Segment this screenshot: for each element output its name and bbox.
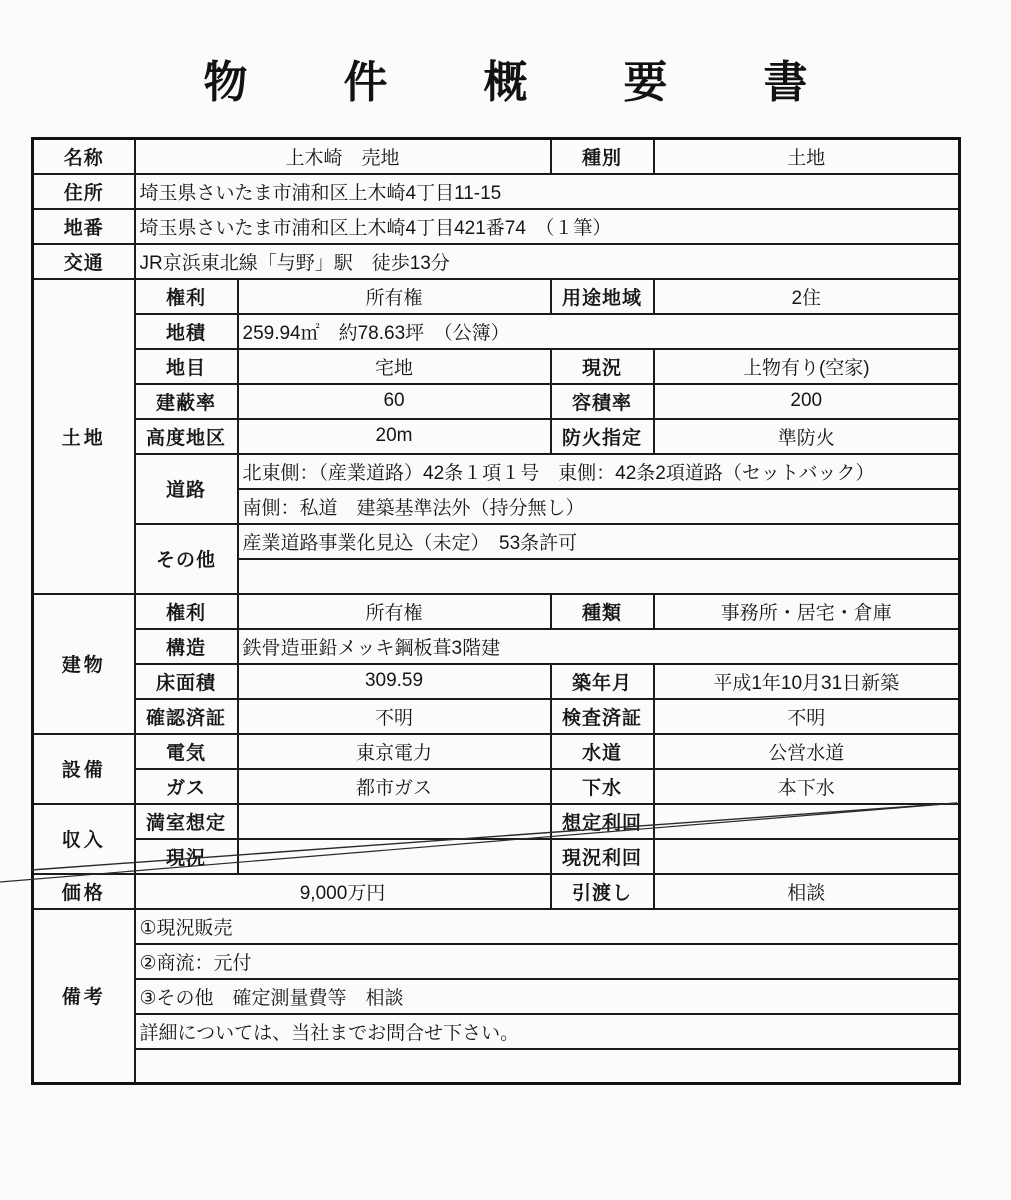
table-row: 建蔽率 60 容積率 200 [33,384,960,419]
address-value: 埼玉県さいたま市浦和区上木崎4丁目11-15 [135,174,960,209]
building-rights-value: 所有権 [238,594,551,629]
building-built-date-value: 平成1年10月31日新築 [654,664,960,699]
remarks-line-4: 詳細については、当社までお問合せ下さい。 [135,1014,960,1049]
table-row: その他 産業道路事業化見込（未定） 53条許可 [33,524,960,559]
building-inspection-cert-label: 検査済証 [551,699,654,734]
land-floor-area-ratio-label: 容積率 [551,384,654,419]
land-section-label: 土地 [33,279,135,594]
building-floor-area-value: 309.59 [238,664,551,699]
handover-label: 引渡し [551,874,654,909]
land-height-district-value: 20m [238,419,551,454]
land-category-value: 宅地 [238,349,551,384]
table-row: 住所 埼玉県さいたま市浦和区上木崎4丁目11-15 [33,174,960,209]
page-title: 物 件 概 要 書 [0,0,1011,110]
table-row: 地積 259.94㎡ 約78.63坪 （公簿） [33,314,960,349]
income-expected-yield-label: 想定利回 [551,804,654,839]
land-fire-zone-label: 防火指定 [551,419,654,454]
type-label: 種別 [551,139,654,174]
table-row: 交通 JR京浜東北線「与野」駅 徒歩13分 [33,244,960,279]
utilities-gas-label: ガス [135,769,238,804]
utilities-sewage-value: 本下水 [654,769,960,804]
land-current-state-label: 現況 [551,349,654,384]
table-row: 地番 埼玉県さいたま市浦和区上木崎4丁目421番74 （１筆） [33,209,960,244]
building-structure-value: 鉄骨造亜鉛メッキ鋼板葺3階建 [238,629,960,664]
lot-number-label: 地番 [33,209,135,244]
building-section-label: 建物 [33,594,135,734]
utilities-gas-value: 都市ガス [238,769,551,804]
access-value: JR京浜東北線「与野」駅 徒歩13分 [135,244,960,279]
land-floor-area-ratio-value: 200 [654,384,960,419]
building-confirmation-cert-label: 確認済証 [135,699,238,734]
utilities-water-value: 公営水道 [654,734,960,769]
utilities-section-label: 設備 [33,734,135,804]
building-kind-value: 事務所・居宅・倉庫 [654,594,960,629]
remarks-line-1: ①現況販売 [135,909,960,944]
land-fire-zone-value: 準防火 [654,419,960,454]
table-row: 床面積 309.59 築年月 平成1年10月31日新築 [33,664,960,699]
table-row: ガス 都市ガス 下水 本下水 [33,769,960,804]
table-row: 道路 北東側：（産業道路）42条１項１号 東側：42条2項道路（セットバック） [33,454,960,489]
building-kind-label: 種類 [551,594,654,629]
price-label: 価格 [33,874,135,909]
land-coverage-ratio-label: 建蔽率 [135,384,238,419]
remarks-line-2: ②商流：元付 [135,944,960,979]
table-row: 名称 上木崎 売地 種別 土地 [33,139,960,174]
table-row: 詳細については、当社までお問合せ下さい。 [33,1014,960,1049]
handover-value: 相談 [654,874,960,909]
table-row: 構造 鉄骨造亜鉛メッキ鋼板葺3階建 [33,629,960,664]
table-row: 収入 満室想定 想定利回 [33,804,960,839]
access-label: 交通 [33,244,135,279]
table-row: 建物 権利 所有権 種類 事務所・居宅・倉庫 [33,594,960,629]
table-row: 備考 ①現況販売 [33,909,960,944]
land-rights-value: 所有権 [238,279,551,314]
table-row: ③その他 確定測量費等 相談 [33,979,960,1014]
name-value: 上木崎 売地 [135,139,551,174]
remarks-section-label: 備考 [33,909,135,1084]
table-row [33,1049,960,1084]
table-row: 設備 電気 東京電力 水道 公営水道 [33,734,960,769]
land-rights-label: 権利 [135,279,238,314]
income-current-yield-value [654,839,960,874]
utilities-sewage-label: 下水 [551,769,654,804]
land-zoning-label: 用途地域 [551,279,654,314]
name-label: 名称 [33,139,135,174]
building-confirmation-cert-value: 不明 [238,699,551,734]
land-height-district-label: 高度地区 [135,419,238,454]
address-label: 住所 [33,174,135,209]
income-current-label: 現況 [135,839,238,874]
land-road-label: 道路 [135,454,238,524]
land-zoning-value: 2住 [654,279,960,314]
remarks-line-5 [135,1049,960,1084]
land-road-line1: 北東側：（産業道路）42条１項１号 東側：42条2項道路（セットバック） [238,454,960,489]
lot-number-value: 埼玉県さいたま市浦和区上木崎4丁目421番74 （１筆） [135,209,960,244]
income-current-yield-label: 現況利回 [551,839,654,874]
land-other-line1: 産業道路事業化見込（未定） 53条許可 [238,524,960,559]
remarks-line-3: ③その他 確定測量費等 相談 [135,979,960,1014]
table-row: 価格 9,000万円 引渡し 相談 [33,874,960,909]
type-value: 土地 [654,139,960,174]
price-value: 9,000万円 [135,874,551,909]
income-full-occupancy-label: 満室想定 [135,804,238,839]
table-row: 地目 宅地 現況 上物有り(空家) [33,349,960,384]
utilities-electricity-label: 電気 [135,734,238,769]
building-structure-label: 構造 [135,629,238,664]
land-other-line2 [238,559,960,594]
utilities-water-label: 水道 [551,734,654,769]
land-coverage-ratio-value: 60 [238,384,551,419]
utilities-electricity-value: 東京電力 [238,734,551,769]
land-area-value: 259.94㎡ 約78.63坪 （公簿） [238,314,960,349]
property-summary-sheet: 物 件 概 要 書 名称 上木崎 売地 種別 土地 住所 埼玉県さいたま市浦和区… [0,0,1011,1200]
building-built-date-label: 築年月 [551,664,654,699]
table-row: 現況 現況利回 [33,839,960,874]
table-row: 確認済証 不明 検査済証 不明 [33,699,960,734]
income-expected-yield-value [654,804,960,839]
income-current-value [238,839,551,874]
land-category-label: 地目 [135,349,238,384]
land-current-state-value: 上物有り(空家) [654,349,960,384]
property-table: 名称 上木崎 売地 種別 土地 住所 埼玉県さいたま市浦和区上木崎4丁目11-1… [31,137,961,1085]
land-other-label: その他 [135,524,238,594]
land-road-line2: 南側：私道 建築基準法外（持分無し） [238,489,960,524]
building-rights-label: 権利 [135,594,238,629]
building-inspection-cert-value: 不明 [654,699,960,734]
building-floor-area-label: 床面積 [135,664,238,699]
table-row: 高度地区 20m 防火指定 準防火 [33,419,960,454]
table-row: ②商流：元付 [33,944,960,979]
table-row: 土地 権利 所有権 用途地域 2住 [33,279,960,314]
income-full-occupancy-value [238,804,551,839]
income-section-label: 収入 [33,804,135,874]
land-area-label: 地積 [135,314,238,349]
